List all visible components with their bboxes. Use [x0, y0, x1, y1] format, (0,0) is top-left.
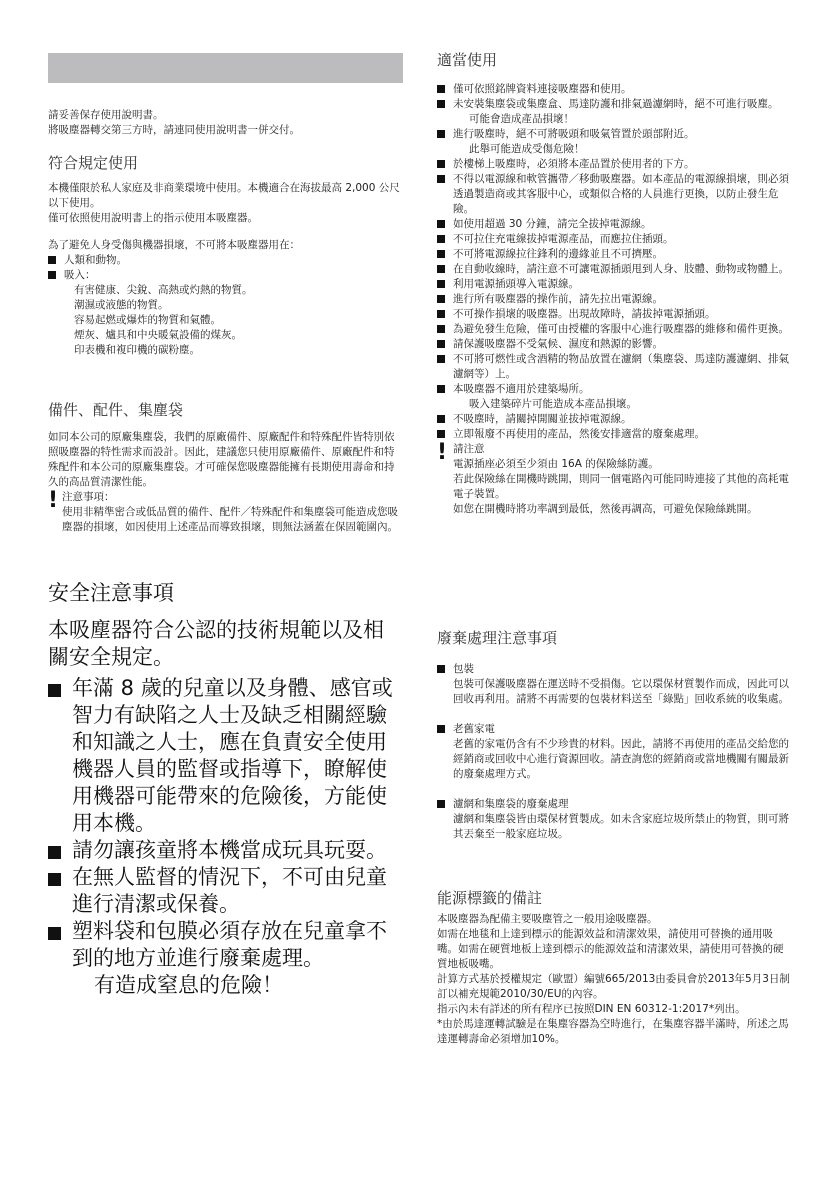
- bullet-icon: [437, 175, 445, 183]
- bullet-icon: [437, 130, 445, 138]
- list-item: 進行所有吸塵器的操作前，請先拉出電源線。: [437, 292, 792, 307]
- bullet-icon: [437, 415, 445, 423]
- list-item: 在自動收線時，請注意不可讓電源插頭甩到人身、肢體、動物或物體上。: [437, 262, 792, 277]
- list-item: 進行吸塵時，絕不可將吸頭和吸氣管置於頭部附近。此舉可能造成受傷危險！: [437, 127, 792, 157]
- list-item: 未安裝集塵袋或集塵盒、馬達防護和排氣過濾網時，絕不可進行吸塵。可能會造成產品損壞…: [437, 97, 792, 127]
- bullet-icon: [48, 927, 61, 940]
- bullet-icon: [437, 385, 445, 393]
- list-item: 不吸塵時，請關掉開關並拔掉電源線。: [437, 412, 792, 427]
- list-item: 於樓梯上吸塵時，必須將本產品置於使用者的下方。: [437, 157, 792, 172]
- list-item: 濾網和集塵袋的廢棄處理濾網和集塵袋皆由環保材質製成。如未含家庭垃圾所禁止的物質，…: [437, 797, 792, 842]
- paragraph: 為了避免人身受傷與機器損壞，不可將本吸塵器用在：: [48, 238, 403, 253]
- section-title: 能源標籤的備註: [437, 888, 792, 908]
- bullet-icon: [437, 665, 445, 673]
- energy-section: 能源標籤的備註 本吸塵器為配備主要吸塵管之一般用途吸塵器。 如需在地毯和上達到標…: [437, 888, 792, 1047]
- warning-title: 注意事項：: [62, 490, 403, 505]
- intended-use-section: 符合規定使用 本機僅限於私人家庭及非商業環境中使用。本機適合在海拔最高 2,00…: [48, 153, 403, 358]
- list-item: 僅可依照銘牌資料連接吸塵器和使用。: [437, 82, 792, 97]
- bullet-icon: [437, 85, 445, 93]
- bullet-icon: [437, 800, 445, 808]
- sub-item: 印表機和複印機的碳粉塵。: [74, 343, 403, 358]
- list-item: 人類和動物。: [48, 253, 403, 268]
- bullet-icon: [437, 725, 445, 733]
- section-title: 備件、配件、集塵袋: [48, 400, 403, 420]
- intro-block: 請妥善保存使用說明書。 將吸塵器轉交第三方時，請連同使用說明書一併交付。: [48, 108, 403, 138]
- paragraph: 計算方式基於授權規定（歐盟）編號665/2013由委員會於2013年5月3日制訂…: [437, 972, 792, 1002]
- warning-line: 若此保險絲在開機時跳開，則同一個電路內可能同時連接了其他的高耗電電子裝置。: [453, 472, 792, 502]
- bullet-icon: [48, 256, 56, 264]
- list-item: 不得以電源線和軟管攜帶／移動吸塵器。如本產品的電源線損壞，則必須透過製造商或其客…: [437, 172, 792, 217]
- safety-list: 年滿 8 歲的兒童以及身體、感官或智力有缺陷之人士及缺乏相關經驗和知識之人士，應…: [48, 675, 403, 972]
- header-bar: [48, 53, 403, 83]
- warning-text: 使用非精準密合或低品質的備件、配件／特殊配件和集塵袋可能造成您吸塵器的損壞，如因…: [62, 505, 403, 535]
- sub-list: 有害健康、尖銳、高熱或灼熱的物質。 潮濕或液態的物質。 容易起燃或爆炸的物質和氣…: [48, 283, 403, 358]
- section-title: 符合規定使用: [48, 153, 403, 173]
- list-item: 立即報廢不再使用的產品，然後安排適當的廢棄處理。: [437, 427, 792, 442]
- bullet-icon: [437, 220, 445, 228]
- bullet-icon: [48, 684, 61, 697]
- list-item: 為避免發生危險，僅可由授權的客服中心進行吸塵器的維修和備件更換。: [437, 322, 792, 337]
- bullet-icon: [437, 265, 445, 273]
- safety-note: 有造成窒息的危險！: [48, 972, 403, 999]
- warning-note: ! 請注意 電源插座必須至少須由 16A 的保險絲防護。 若此保險絲在開機時跳開…: [437, 442, 792, 517]
- disposal-section: 廢棄處理注意事項 包裝包裝可保護吸塵器在運送時不受損傷。它以環保材質製作而成，因…: [437, 628, 792, 842]
- bullet-icon: [48, 271, 56, 279]
- safety-section: 安全注意事項 本吸塵器符合公認的技術規範以及相關安全規定。 年滿 8 歲的兒童以…: [48, 580, 403, 999]
- list-item: 利用電源插頭導入電源線。: [437, 277, 792, 292]
- paragraph: 如同本公司的原廠集塵袋，我們的原廠備件、原廠配件和特殊配件皆特別依照吸塵器的特性…: [48, 430, 403, 490]
- accessories-section: 備件、配件、集塵袋 如同本公司的原廠集塵袋，我們的原廠備件、原廠配件和特殊配件皆…: [48, 400, 403, 535]
- bullet-icon: [437, 280, 445, 288]
- list-item: 年滿 8 歲的兒童以及身體、感官或智力有缺陷之人士及缺乏相關經驗和知識之人士，應…: [48, 675, 403, 837]
- paragraph: *由於馬達運轉試驗是在集塵容器為空時進行，在集塵容器半滿時，所述之馬達運轉壽命必…: [437, 1017, 792, 1047]
- bullet-icon: [437, 250, 445, 258]
- list-item: 如使用超過 30 分鐘，請完全拔掉電源線。: [437, 217, 792, 232]
- paragraph: 本機僅限於私人家庭及非商業環境中使用。本機適合在海拔最高 2,000 公尺以下使…: [48, 181, 403, 211]
- list-item: 不可操作損壞的吸塵器。出現故障時，請拔掉電源插頭。: [437, 307, 792, 322]
- bullet-icon: [437, 100, 445, 108]
- bullet-icon: [437, 295, 445, 303]
- section-title: 廢棄處理注意事項: [437, 628, 792, 648]
- list-item: 不可將可燃性或含酒精的物品放置在濾網（集塵袋、馬達防護濾網、排氣濾網等）上。: [437, 352, 792, 382]
- section-title: 適當使用: [437, 50, 792, 70]
- warning-line: 電源插座必須至少須由 16A 的保險絲防護。: [453, 457, 792, 472]
- paragraph: 指示內未有詳述的所有程序已按照DIN EN 60312-1:2017*列出。: [437, 1002, 792, 1017]
- exclamation-icon: !: [437, 442, 447, 464]
- list-item: 吸入：: [48, 268, 403, 283]
- warning-title: 請注意: [453, 442, 792, 457]
- bullet-icon: [48, 873, 61, 886]
- section-title: 安全注意事項: [48, 580, 403, 607]
- list-item: 請勿讓孩童將本機當成玩具玩耍。: [48, 837, 403, 864]
- safety-lead: 本吸塵器符合公認的技術規範以及相關安全規定。: [48, 617, 403, 671]
- sub-item: 煙灰、爐具和中央暖氣設備的煤灰。: [74, 328, 403, 343]
- sub-item: 有害健康、尖銳、高熱或灼熱的物質。: [74, 283, 403, 298]
- paragraph: 僅可依照使用說明書上的指示使用本吸塵器。: [48, 211, 403, 226]
- list-item: 不可拉住充電線拔掉電源產品，而應拉住插頭。: [437, 232, 792, 247]
- intro-line: 將吸塵器轉交第三方時，請連同使用說明書一併交付。: [48, 123, 403, 138]
- paragraph: 如需在地毯和上達到標示的能源效益和清潔效果，請使用可替換的通用吸嘴。如需在硬質地…: [437, 927, 792, 972]
- bullet-icon: [437, 310, 445, 318]
- bullet-icon: [437, 235, 445, 243]
- intro-line: 請妥善保存使用說明書。: [48, 108, 403, 123]
- bullet-icon: [437, 325, 445, 333]
- list-item: 請保護吸塵器不受氣候、濕度和熱源的影響。: [437, 337, 792, 352]
- bullet-icon: [48, 846, 61, 859]
- prohibited-list: 人類和動物。 吸入：: [48, 253, 403, 283]
- paragraph: 本吸塵器為配備主要吸塵管之一般用途吸塵器。: [437, 912, 792, 927]
- list-item: 塑料袋和包膜必須存放在兒童拿不到的地方並進行廢棄處理。: [48, 918, 403, 972]
- exclamation-icon: !: [48, 490, 58, 512]
- list-item: 包裝包裝可保護吸塵器在運送時不受損傷。它以環保材質製作而成，因此可以回收再利用。…: [437, 662, 792, 707]
- warning-note: ! 注意事項： 使用非精準密合或低品質的備件、配件／特殊配件和集塵袋可能造成您吸…: [48, 490, 403, 535]
- sub-item: 容易起燃或爆炸的物質和氣體。: [74, 313, 403, 328]
- proper-use-section: 適當使用 僅可依照銘牌資料連接吸塵器和使用。 未安裝集塵袋或集塵盒、馬達防護和排…: [437, 50, 792, 517]
- list-item: 在無人監督的情況下，不可由兒童進行清潔或保養。: [48, 864, 403, 918]
- list-item: 本吸塵器不適用於建築場所。吸入建築碎片可能造成本產品損壞。: [437, 382, 792, 412]
- bullet-icon: [437, 355, 445, 363]
- list-item: 不可將電源線拉往鋒利的邊緣並且不可擠壓。: [437, 247, 792, 262]
- bullet-icon: [437, 160, 445, 168]
- list-item: 老舊家電老舊的家電仍含有不少珍貴的材料。因此，請將不再使用的產品交給您的經銷商或…: [437, 722, 792, 782]
- disposal-list: 包裝包裝可保護吸塵器在運送時不受損傷。它以環保材質製作而成，因此可以回收再利用。…: [437, 662, 792, 842]
- bullet-icon: [437, 430, 445, 438]
- proper-use-list: 僅可依照銘牌資料連接吸塵器和使用。 未安裝集塵袋或集塵盒、馬達防護和排氣過濾網時…: [437, 82, 792, 442]
- warning-line: 如您在開機時將功率調到最低，然後再調高，可避免保險絲跳開。: [453, 502, 792, 517]
- sub-item: 潮濕或液態的物質。: [74, 298, 403, 313]
- bullet-icon: [437, 340, 445, 348]
